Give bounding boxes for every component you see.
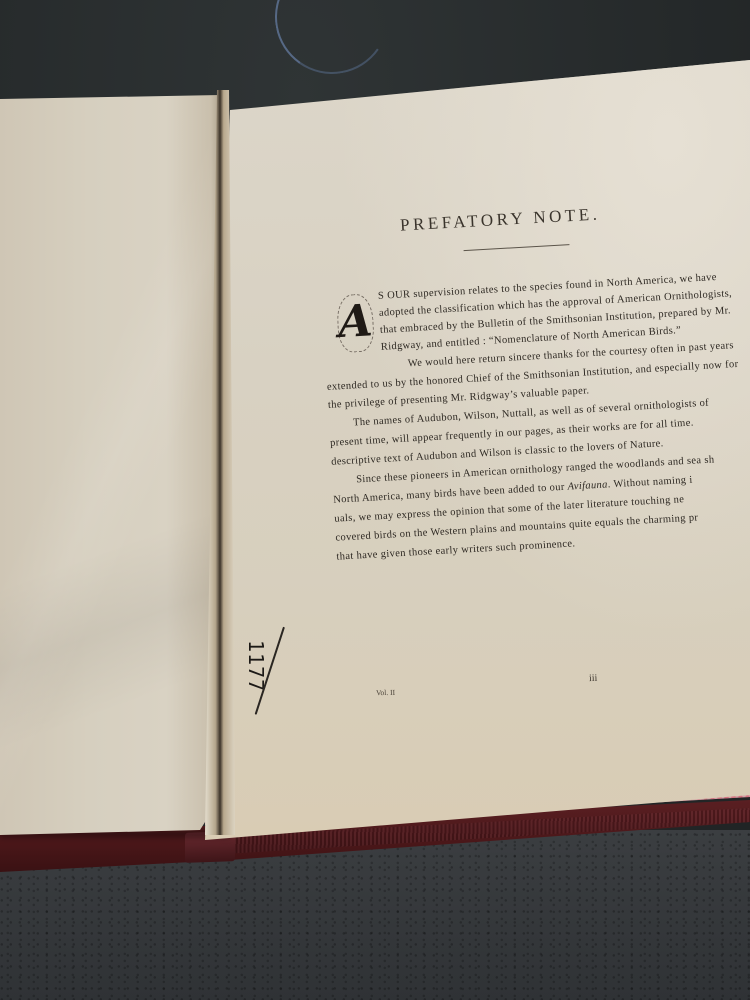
left-flyleaf-page [0, 95, 222, 835]
italic-avifauna: Avifauna [567, 479, 608, 492]
page-number: iii [589, 673, 598, 684]
decorative-initial-a-icon: A [334, 291, 377, 355]
photo-scene: 1177 PREFATORY NOTE. A S OUR supervision… [0, 0, 750, 1000]
volume-footer: Vol. II [376, 688, 395, 697]
